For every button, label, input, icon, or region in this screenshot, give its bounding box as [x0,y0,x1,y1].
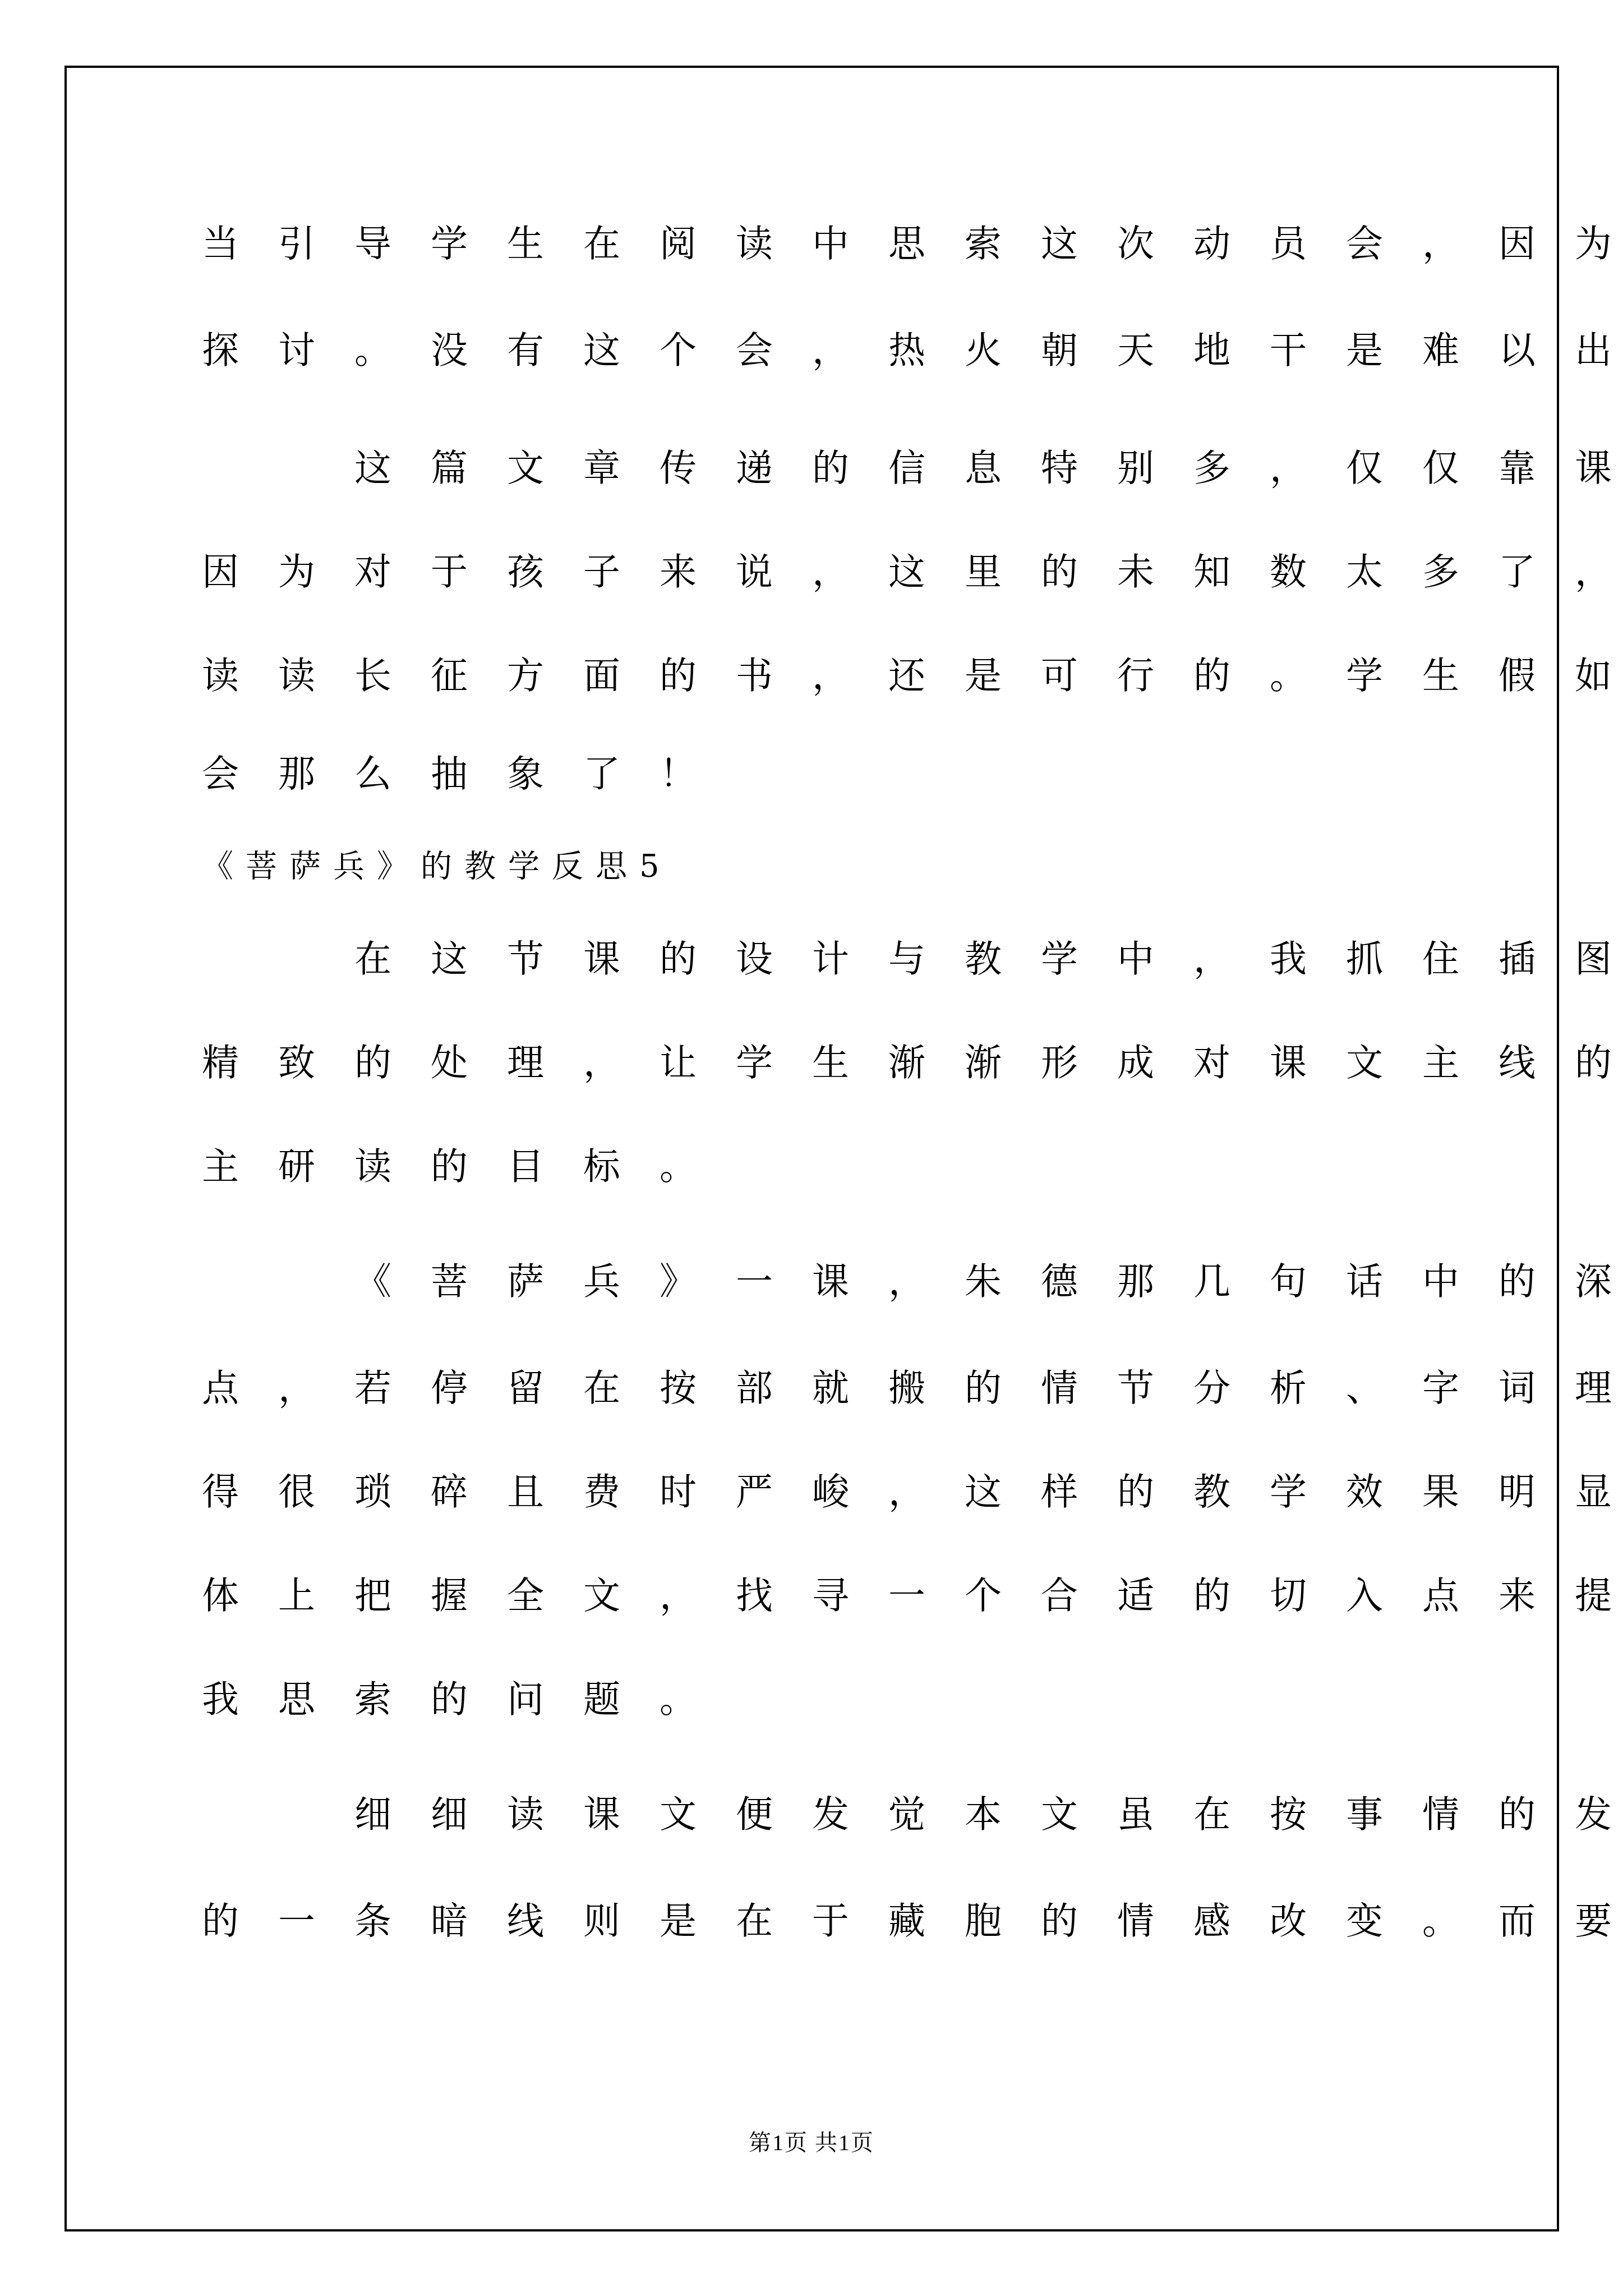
body-line: 精致的处理，让学生渐渐形成对课文主线的把握实力，从而达到能自 [202,1041,1623,1085]
body-line: 读读长征方面的书，还是可行的。学生假如能主动去读了，长征就不 [202,654,1623,698]
body-line-paragraph-start: 在这节课的设计与教学中，我抓住插图、品尝头尾，通过对文本 [354,937,1623,982]
section-heading: 《菩萨兵》的教学反思5 [202,847,672,886]
body-line: 点，若停留在按部就搬的情节分析、字词理解上，那么这堂课将会上 [202,1366,1623,1411]
page-footer: 第1页 共1页 [0,2125,1623,2157]
body-line: 的一条暗线则是在于藏胞的情感改变。而要体会人物情感的改变，最 [202,1899,1623,1944]
body-line-paragraph-start: 这篇文章传递的信息特别多，仅仅靠课文的理解，确定是不够的， [354,446,1623,491]
body-line: 得很琐碎且费时严峻，这样的教学效果明显并不志向。因此如何从整 [202,1470,1623,1515]
body-line: 会那么抽象了！ [202,752,736,797]
body-line: 体上把握全文，找寻一个合适的切入点来提高这节课的课堂效率成了 [202,1573,1623,1618]
body-line-paragraph-start: 《菩萨兵》一课，朱德那几句话中的深义既是文章的重点也是难 [354,1259,1623,1304]
body-line: 主研读的目标。 [202,1144,736,1189]
body-line-paragraph-start: 细细读课文便发觉本文虽在按事情的发展依次叙事，但贯穿其中 [354,1792,1623,1837]
body-line: 探讨。没有这个会，热火朝天地干是难以出现的。 [202,328,1623,373]
body-line: 因为对于孩子来说，这里的未知数太多了，因此，用这一课引领学生 [202,550,1623,595]
body-line: 我思索的问题。 [202,1677,736,1722]
page-indicator: 第1页 共1页 [749,2130,874,2155]
body-line: 当引导学生在阅读中思索这次动员会，因为这个会特别有意思，值得 [202,222,1623,266]
